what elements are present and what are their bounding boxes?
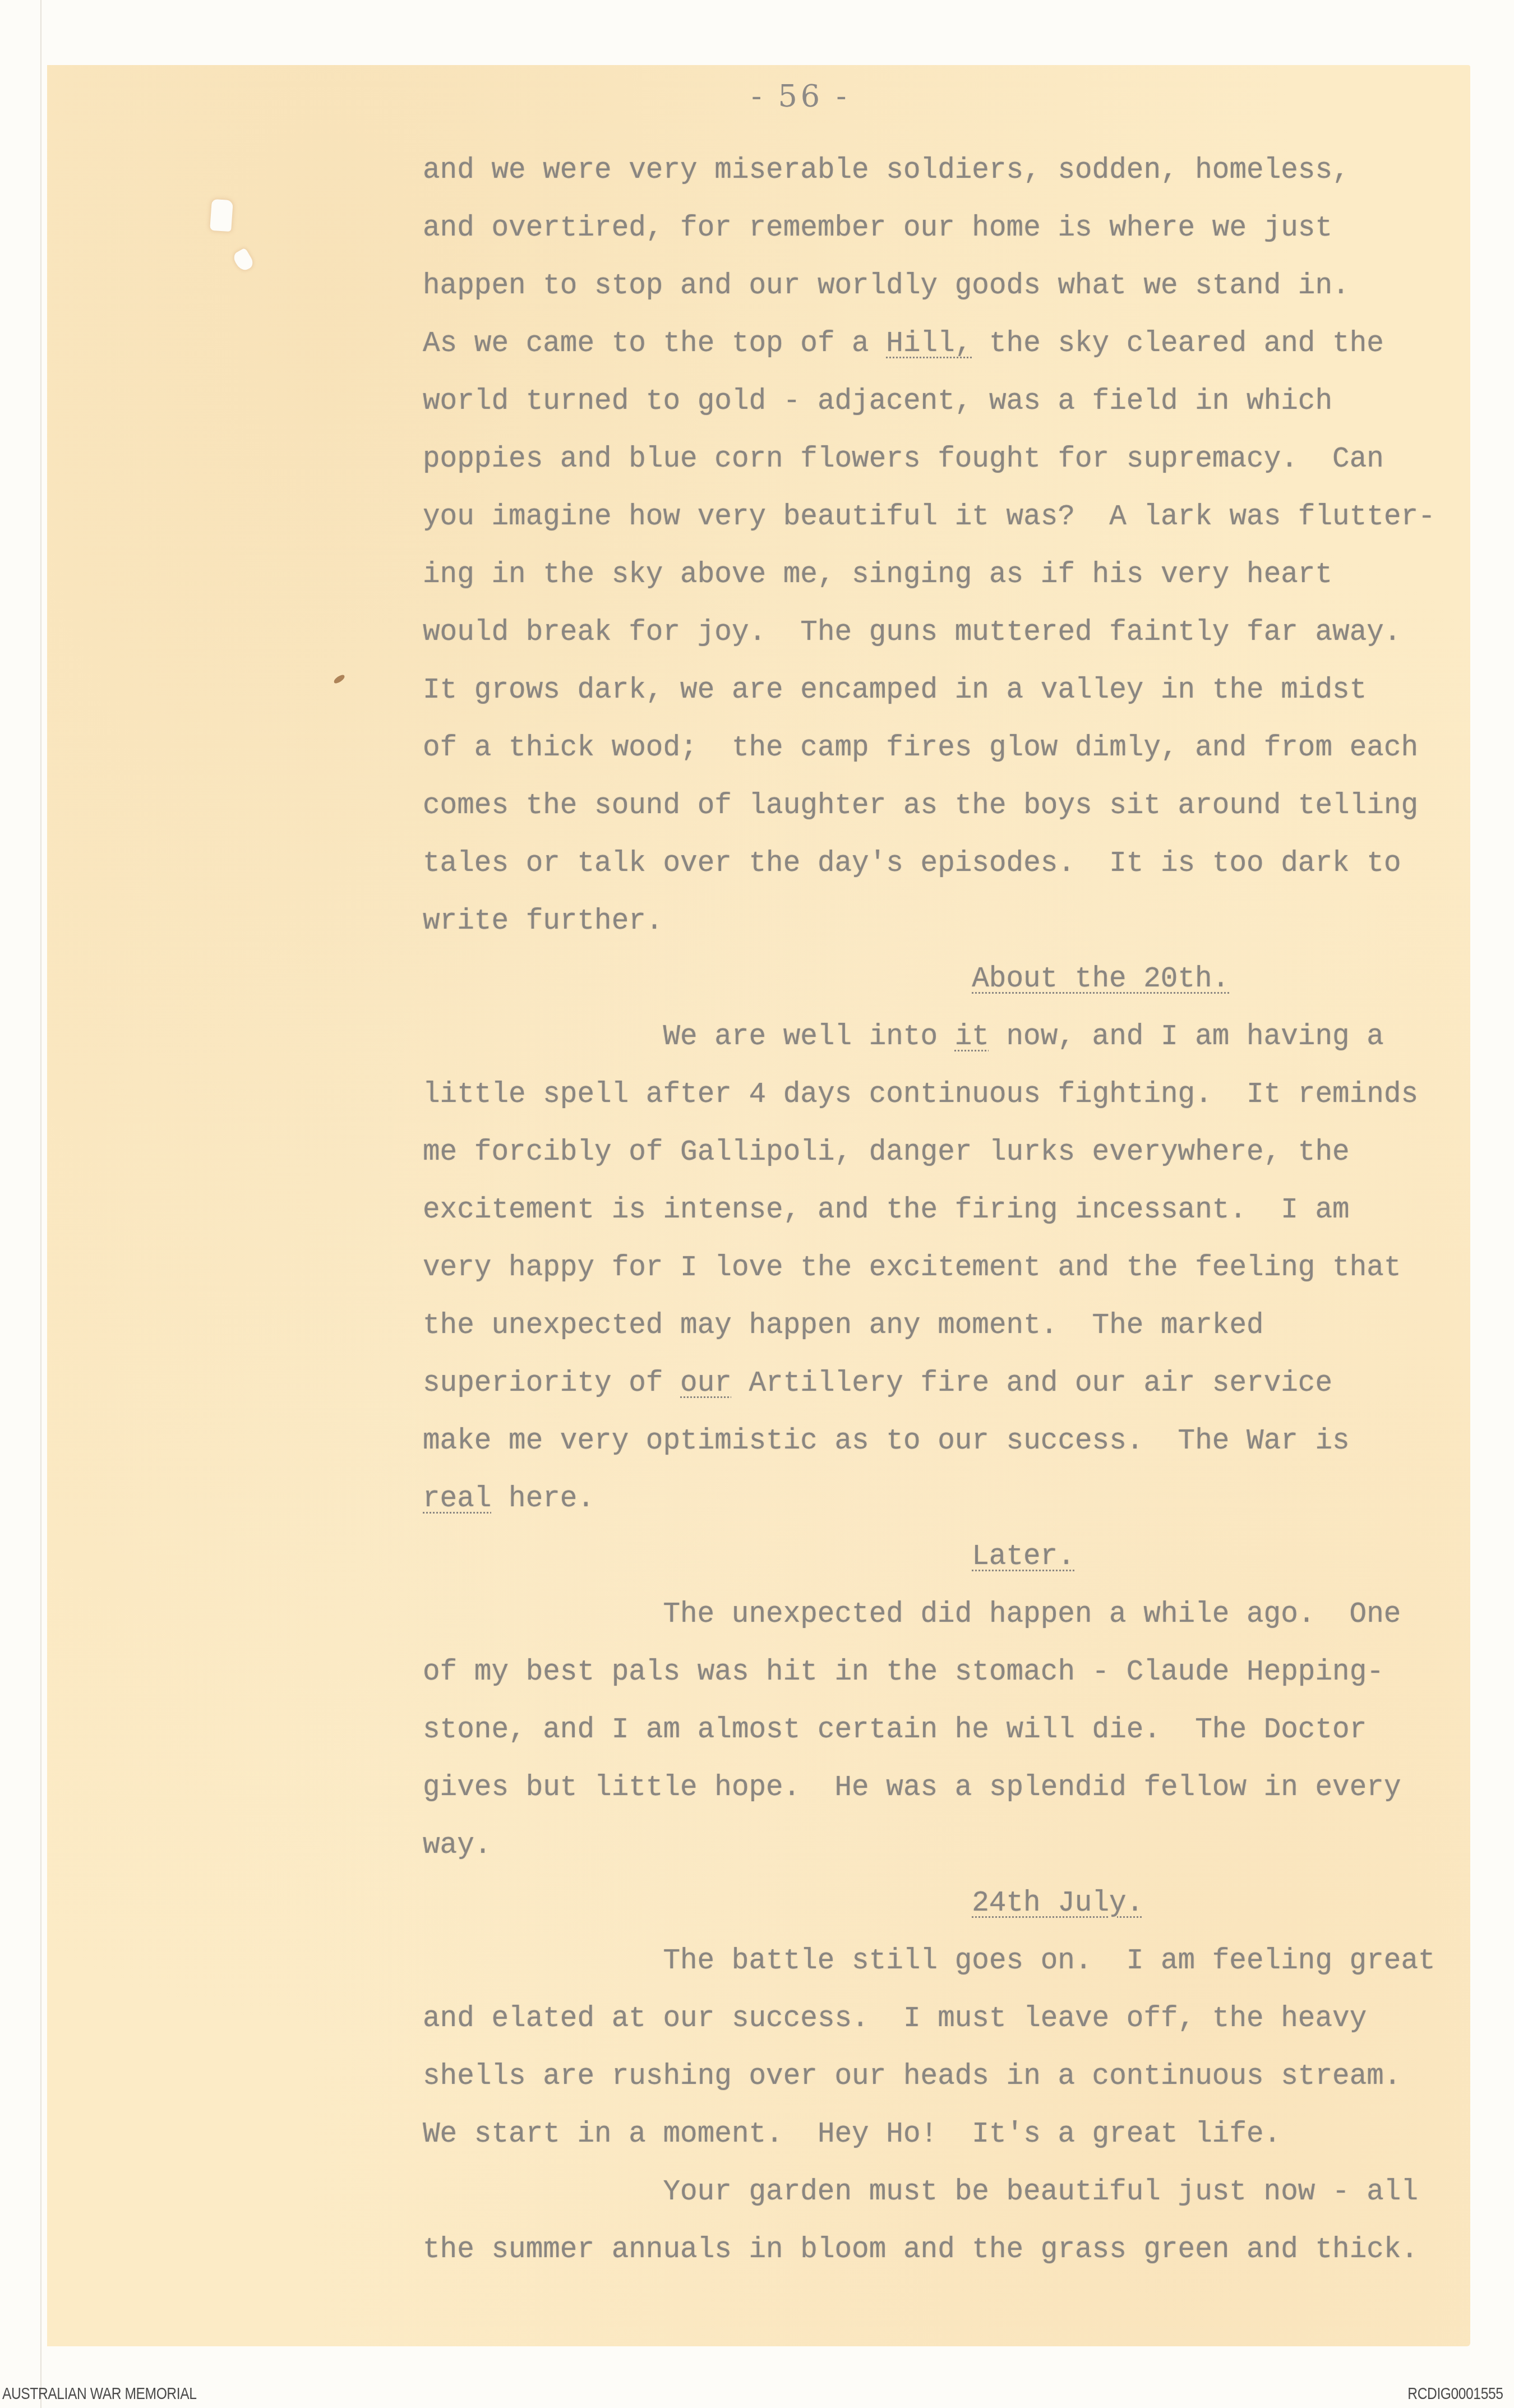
text-line: and we were very miserable soldiers, sod… [423,154,1350,188]
heading-text: Later. [972,1541,1075,1573]
text-segment: the sky cleared and the [972,328,1384,360]
text-line: tales or talk over the day's episodes. I… [423,847,1401,881]
text-line: The unexpected did happen a while ago. O… [663,1598,1401,1632]
text-segment: now, and I am having a [989,1021,1384,1053]
text-segment: Artillery fire and our air service [732,1368,1332,1400]
section-heading: 24th July. [972,1887,1143,1921]
text-line: poppies and blue corn flowers fought for… [423,443,1384,477]
record-id: RCDIG0001555 [1407,2384,1503,2404]
text-line: and elated at our success. I must leave … [423,2003,1367,2036]
text-line: excitement is intense, and the firing in… [423,1194,1350,1228]
text-line: of my best pals was hit in the stomach -… [423,1656,1384,1690]
text-line: would break for joy. The guns muttered f… [423,616,1401,650]
institution-label: AUSTRALIAN WAR MEMORIAL [2,2384,196,2404]
punch-hole [210,199,233,232]
text-line: We are well into it now, and I am having… [663,1021,1383,1054]
text-line: shells are rushing over our heads in a c… [423,2060,1401,2094]
scan-backing-edge [40,0,41,2408]
text-line: It grows dark, we are encamped in a vall… [423,674,1367,708]
text-segment: We are well into [663,1021,954,1053]
text-line: gives but little hope. He was a splendid… [423,1772,1401,1805]
text-line: As we came to the top of a Hill, the sky… [423,327,1384,361]
section-heading: About the 20th. [972,963,1229,997]
text-line: the summer annuals in bloom and the gras… [423,2234,1418,2267]
text-line: Your garden must be beautiful just now -… [663,2176,1418,2209]
text-line: write further. [423,905,663,939]
text-line: make me very optimistic as to our succes… [423,1425,1350,1459]
text-segment: As we came to the top of a [423,328,886,360]
text-line: very happy for I love the excitement and… [423,1252,1401,1285]
underlined-word: Hill, [886,328,972,360]
text-line: superiority of our Artillery fire and ou… [423,1367,1332,1401]
heading-text: About the 20th. [972,963,1229,995]
text-line: of a thick wood; the camp fires glow dim… [423,732,1418,765]
text-line: We start in a moment. Hey Ho! It's a gre… [423,2118,1281,2152]
text-segment: here. [491,1483,594,1515]
text-line: the unexpected may happen any moment. Th… [423,1309,1264,1343]
text-line: real here. [423,1483,594,1516]
underlined-word: it [955,1021,989,1053]
text-line: stone, and I am almost certain he will d… [423,1714,1367,1747]
text-line: you imagine how very beautiful it was? A… [423,501,1435,534]
text-line: me forcibly of Gallipoli, danger lurks e… [423,1136,1350,1170]
underlined-word: real [423,1483,491,1515]
text-line: The battle still goes on. I am feeling g… [663,1945,1435,1978]
text-line: happen to stop and our worldly goods wha… [423,270,1350,303]
heading-text: 24th July. [972,1888,1143,1920]
punch-hole [232,247,255,273]
text-line: ing in the sky above me, singing as if h… [423,559,1332,592]
text-line: way. [423,1829,491,1863]
underlined-word: our [680,1368,732,1400]
text-line: world turned to gold - adjacent, was a f… [423,385,1332,419]
section-heading: Later. [972,1540,1075,1574]
page-number: - 56 - [751,79,850,114]
text-line: comes the sound of laughter as the boys … [423,790,1418,823]
text-line: and overtired, for remember our home is … [423,212,1332,246]
text-line: little spell after 4 days continuous fig… [423,1078,1418,1112]
text-segment: superiority of [423,1368,680,1400]
